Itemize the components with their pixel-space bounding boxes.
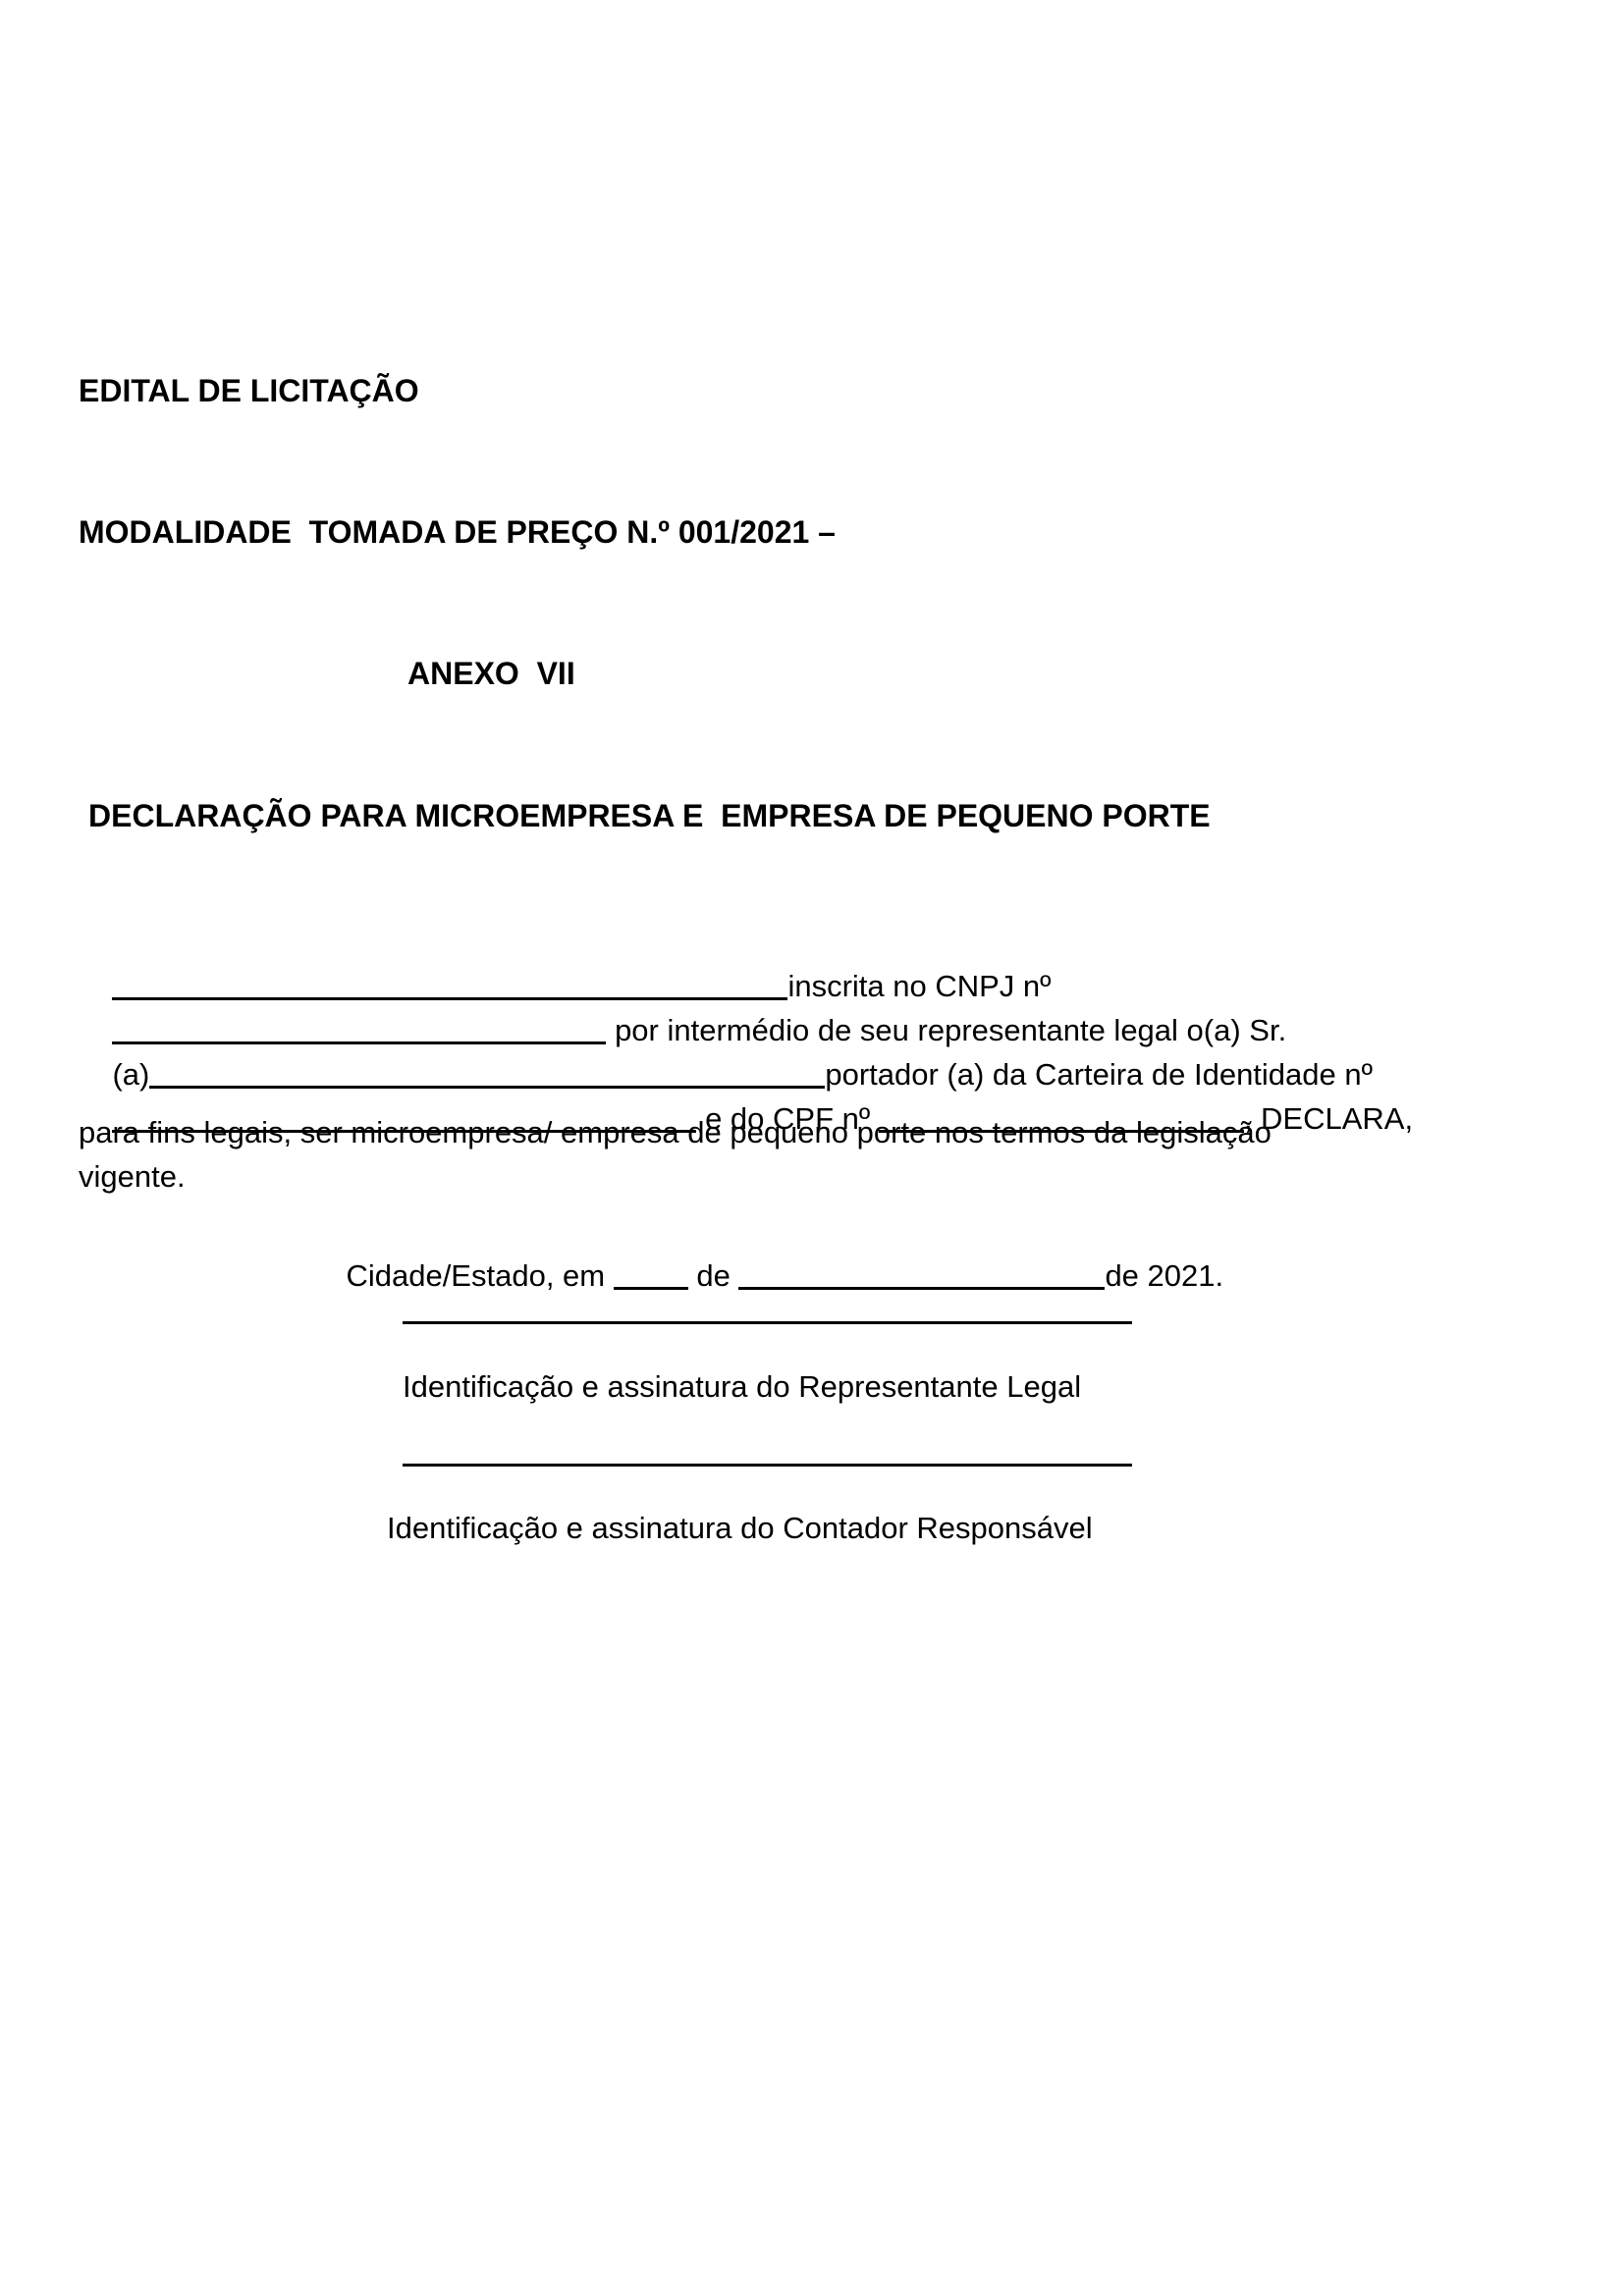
day-field[interactable] [614,1261,688,1290]
accountant-signature-line[interactable] [403,1464,1132,1467]
representative-signature-line[interactable] [403,1321,1132,1324]
representative-signature-label: Identificação e assinatura do Representa… [403,1371,1081,1402]
modality-heading: MODALIDADE TOMADA DE PREÇO N.º 001/2021 … [79,516,836,548]
accountant-signature-label: Identificação e assinatura do Contador R… [387,1513,1093,1543]
de-label: de [688,1258,739,1293]
year-label: de 2021. [1105,1258,1223,1293]
city-state-label: Cidade/Estado, em [346,1258,613,1293]
date-line: Cidade/Estado, em de de 2021. [312,1230,1223,1321]
declaration-title: DECLARAÇÃO PARA MICROEMPRESA E EMPRESA D… [88,800,1211,831]
document-title: EDITAL DE LICITAÇÃO [79,375,419,406]
month-field[interactable] [738,1261,1105,1290]
annex-heading: ANEXO VII [407,658,575,689]
body-line-6: vigente. [79,1161,186,1192]
body-line-5: para fins legais, ser microempresa/ empr… [79,1117,1272,1148]
